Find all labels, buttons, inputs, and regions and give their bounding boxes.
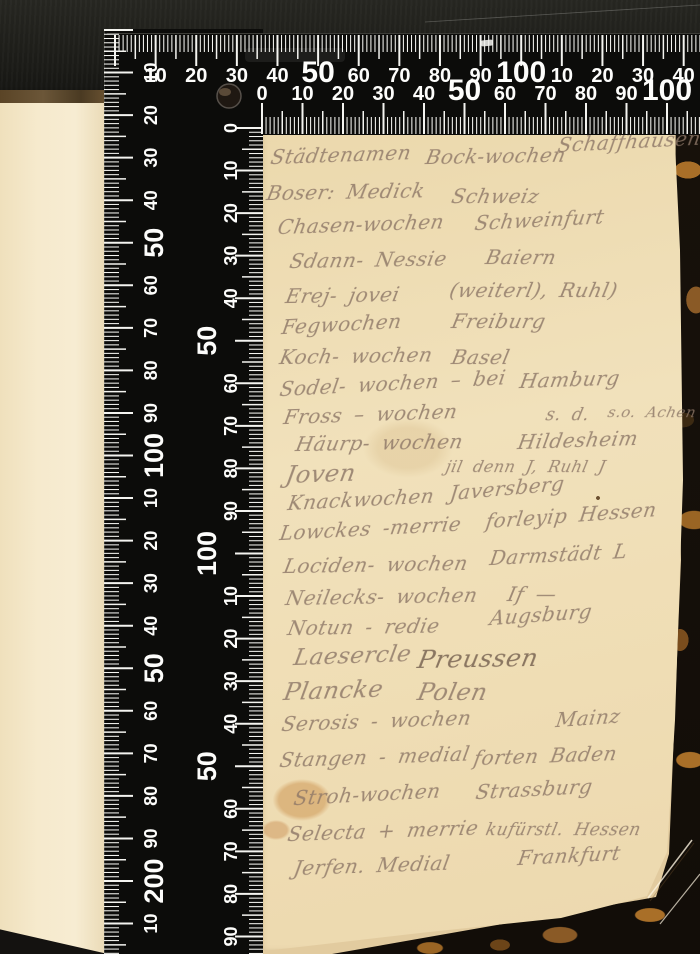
ruler-label: 90	[221, 501, 241, 521]
ruler-label: 80	[575, 83, 597, 105]
ruler-label: 50	[192, 751, 222, 781]
rulers-overlay: 1020304050607080901001020304001020304050…	[0, 0, 700, 954]
hairline-scratch	[425, 5, 700, 22]
ruler-label: 90	[141, 828, 161, 848]
ruler-label: 40	[221, 714, 241, 734]
ruler-label: 90	[141, 403, 161, 423]
paper-crease	[648, 840, 692, 898]
ruler-label: 100	[139, 433, 169, 478]
ruler-label: 40	[141, 616, 161, 636]
ruler-label: 10	[141, 488, 161, 508]
ruler-label: 100	[192, 531, 222, 576]
ruler-label: 10	[221, 586, 241, 606]
ruler-label: 60	[141, 275, 161, 295]
ruler-label: 10	[291, 83, 313, 105]
ruler-label: 0	[221, 123, 241, 133]
ruler-label: 20	[221, 203, 241, 223]
ruler-label: 70	[141, 743, 161, 763]
ruler-label: 30	[221, 246, 241, 266]
paper-crease	[660, 874, 700, 924]
ruler-label: 20	[141, 531, 161, 551]
ruler-label: 50	[192, 326, 222, 356]
ruler-label: 80	[221, 884, 241, 904]
ruler-label: 40	[413, 83, 435, 105]
ruler-label: 100	[642, 74, 692, 107]
ruler-label: 10	[141, 63, 161, 83]
ruler-label: 90	[615, 83, 637, 105]
ruler-label: 70	[141, 318, 161, 338]
ruler-label: 10	[141, 914, 161, 934]
paper-crease-shadow	[650, 843, 694, 901]
ruler-label: 60	[141, 701, 161, 721]
ruler-label: 30	[141, 573, 161, 593]
ruler-label: 90	[221, 926, 241, 946]
ruler-label: 20	[332, 83, 354, 105]
ruler-label: 50	[139, 228, 169, 258]
ruler-hole-highlight	[219, 88, 231, 96]
ruler-label: 30	[141, 148, 161, 168]
ruler-label: 70	[221, 841, 241, 861]
ruler-label: 70	[221, 416, 241, 436]
ruler-label: 80	[141, 786, 161, 806]
ruler-label: 40	[266, 65, 288, 87]
ruler-label: 0	[256, 83, 267, 105]
ruler-hole	[217, 84, 241, 108]
ruler-label: 60	[221, 799, 241, 819]
ruler-label: 30	[221, 671, 241, 691]
ruler-label: 200	[139, 858, 169, 903]
ruler-label: 40	[141, 190, 161, 210]
white-speck	[481, 39, 494, 46]
ruler-label: 40	[221, 288, 241, 308]
ruler-label: 70	[534, 83, 556, 105]
ruler-label: 10	[221, 161, 241, 181]
ruler-label: 50	[139, 653, 169, 683]
ruler-label: 20	[185, 65, 207, 87]
ruler-label: 60	[221, 373, 241, 393]
ruler-label: 30	[372, 83, 394, 105]
ruler-label: 20	[141, 105, 161, 125]
ruler-label: 80	[221, 458, 241, 478]
ruler-label: 60	[494, 83, 516, 105]
ruler-label: 50	[448, 74, 481, 107]
ruler-label: 20	[221, 629, 241, 649]
ruler-label: 80	[141, 360, 161, 380]
photograph-of-handwritten-note: StädtenamenBock-wochenSchaffhausenBoser:…	[0, 0, 700, 954]
